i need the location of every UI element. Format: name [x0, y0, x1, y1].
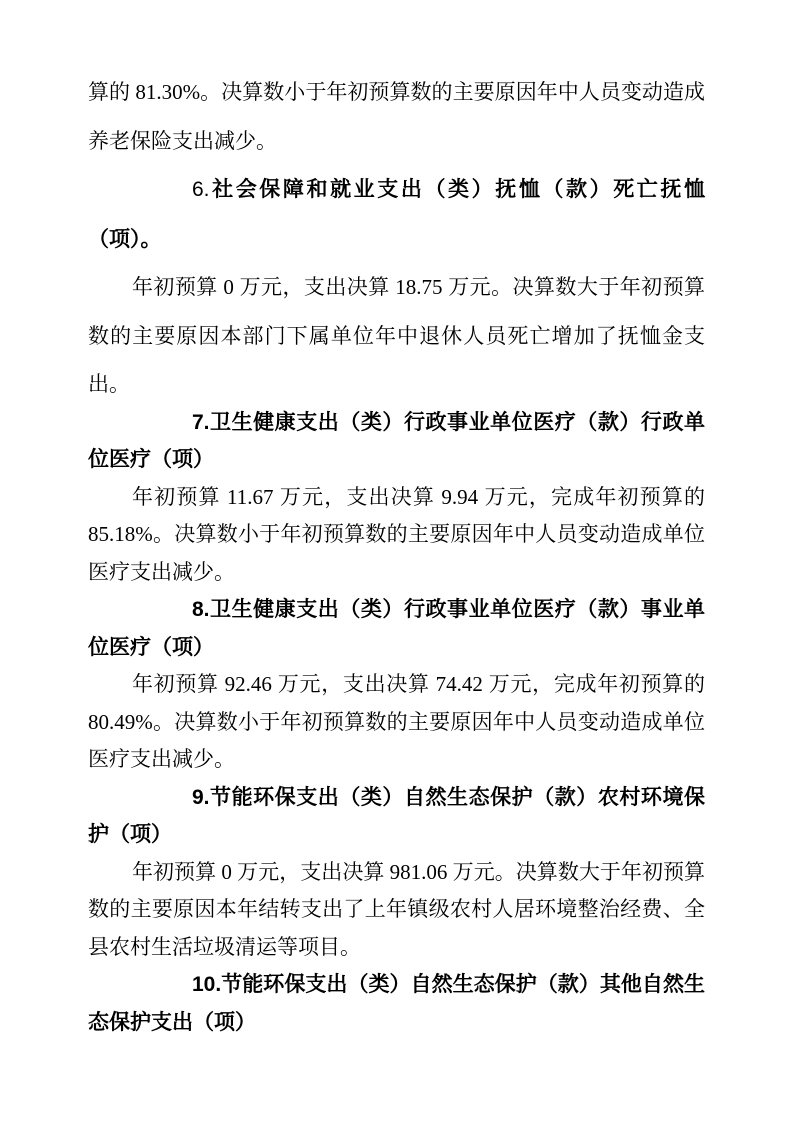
section-heading-6: 6.社会保障和就业支出（类）抚恤（款）死亡抚恤（项）。 — [88, 165, 705, 263]
section-heading-9: 9.节能环保支出（类）自然生态保护（款）农村环境保护（项） — [88, 779, 705, 854]
section-heading-8: 8.卫生健康支出（类）行政事业单位医疗（款）事业单位医疗（项） — [88, 591, 705, 666]
paragraph-pension-continuation: 算的 81.30%。决算数小于年初预算数的主要原因年中人员变动造成养老保险支出减… — [88, 68, 705, 165]
section-number-9: 9. — [140, 779, 210, 817]
paragraph-section-9: 年初预算 0 万元，支出决算 981.06 万元。决算数大于年初预算数的主要原因… — [88, 854, 705, 967]
paragraph-section-6: 年初预算 0 万元，支出决算 18.75 万元。决算数大于年初预算数的主要原因本… — [88, 263, 705, 409]
section-number-6: 6. — [140, 166, 210, 215]
document-page: 算的 81.30%。决算数小于年初预算数的主要原因年中人员变动造成养老保险支出减… — [0, 0, 793, 1122]
section-number-8: 8. — [140, 591, 210, 629]
section-heading-7: 7.卫生健康支出（类）行政事业单位医疗（款）行政单位医疗（项） — [88, 404, 705, 479]
section-heading-10: 10.节能环保支出（类）自然生态保护（款）其他自然生态保护支出（项） — [88, 966, 705, 1041]
section-number-10: 10. — [140, 966, 221, 1004]
paragraph-section-7: 年初预算 11.67 万元，支出决算 9.94 万元，完成年初预算的 85.18… — [88, 479, 705, 592]
section-number-7: 7. — [140, 404, 210, 442]
paragraph-section-8: 年初预算 92.46 万元，支出决算 74.42 万元，完成年初预算的 80.4… — [88, 666, 705, 779]
